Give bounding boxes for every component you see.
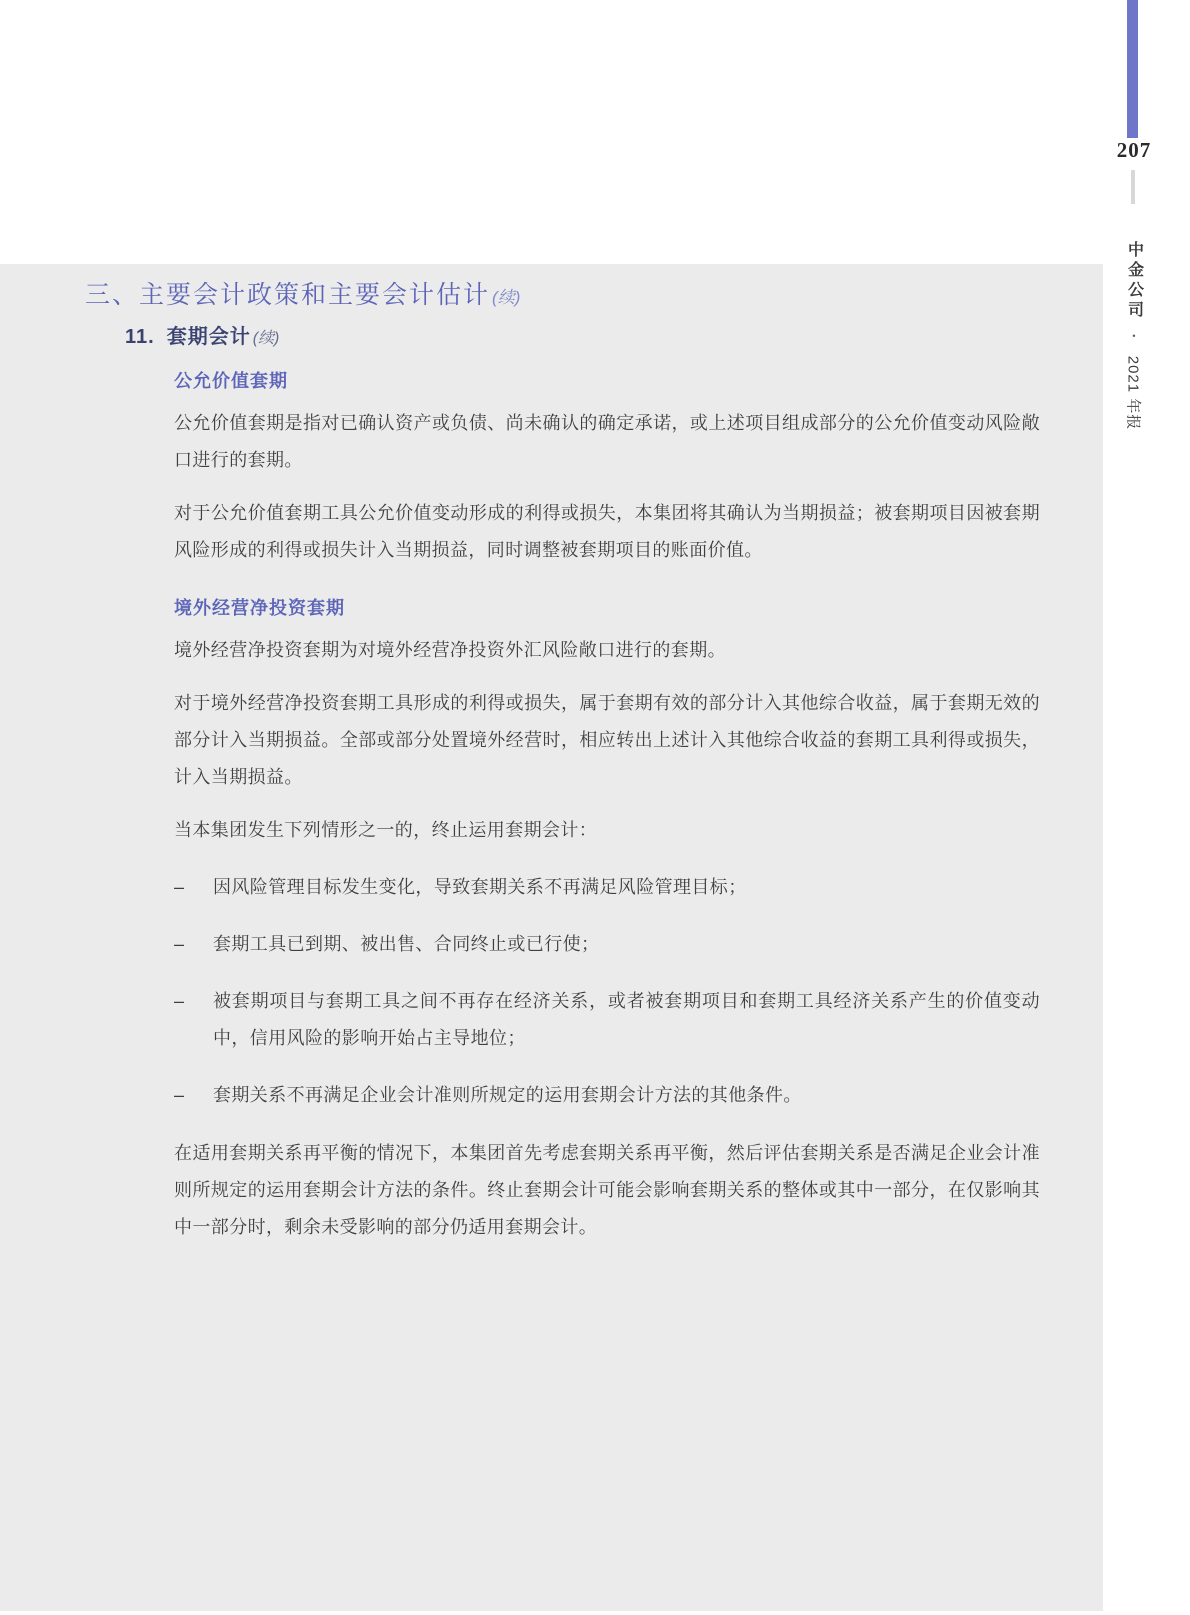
bullet-dash: –: [174, 1077, 213, 1114]
bullet-text: 因风险管理目标发生变化，导致套期关系不再满足风险管理目标；: [213, 869, 1040, 906]
bullet-item-other-conditions: – 套期关系不再满足企业会计准则所规定的运用套期会计方法的其他条件。: [174, 1077, 1040, 1114]
subsection-heading: 11.套期会计(续): [125, 322, 1103, 354]
bullet-item-risk-objective: – 因风险管理目标发生变化，导致套期关系不再满足风险管理目标；: [174, 869, 1040, 906]
bullet-item-economic-relationship: – 被套期项目与套期工具之间不再存在经济关系，或者被套期项目和套期工具经济关系产…: [174, 983, 1040, 1057]
section-heading-number: 三、: [85, 281, 139, 309]
label-net-investment-hedge: 境外经营净投资套期: [174, 595, 1040, 621]
bullet-text: 套期工具已到期、被出售、合同终止或已行使；: [213, 926, 1040, 963]
label-fair-value-hedge: 公允价值套期: [174, 368, 1040, 394]
company-name-vertical: 中金公司: [1123, 241, 1146, 321]
paragraph-net-investment-treatment: 对于境外经营净投资套期工具形成的利得或损失，属于套期有效的部分计入其他综合收益，…: [174, 685, 1040, 796]
bullet-item-instrument-expired: – 套期工具已到期、被出售、合同终止或已行使；: [174, 926, 1040, 963]
paragraph-fair-value-definition: 公允价值套期是指对已确认资产或负债、尚未确认的确定承诺，或上述项目组成部分的公允…: [174, 405, 1040, 479]
body-content: 公允价值套期 公允价值套期是指对已确认资产或负债、尚未确认的确定承诺，或上述项目…: [174, 368, 1040, 1246]
content-panel: 三、主要会计政策和主要会计估计(续) 11.套期会计(续) 公允价值套期 公允价…: [0, 264, 1103, 1611]
page-number: 207: [1104, 138, 1164, 163]
report-year-vertical: 2021 年报: [1124, 349, 1144, 437]
paragraph-termination-intro: 当本集团发生下列情形之一的，终止运用套期会计：: [174, 812, 1040, 849]
vertical-page-caption: 中金公司 • 2021 年报: [1121, 241, 1147, 437]
paragraph-net-investment-definition: 境外经营净投资套期为对境外经营净投资外汇风险敞口进行的套期。: [174, 632, 1040, 669]
caption-separator-dot: •: [1132, 331, 1135, 341]
section-heading-continued: (续): [492, 288, 520, 307]
subsection-title: 套期会计: [167, 326, 251, 348]
paragraph-rebalancing: 在适用套期关系再平衡的情况下，本集团首先考虑套期关系再平衡，然后评估套期关系是否…: [174, 1135, 1040, 1246]
bullet-text: 套期关系不再满足企业会计准则所规定的运用套期会计方法的其他条件。: [213, 1077, 1040, 1114]
page-accent-bar: [1127, 0, 1138, 138]
section-heading: 三、主要会计政策和主要会计估计(续): [85, 279, 1103, 314]
subsection-number: 11.: [125, 326, 155, 348]
report-page: { "page": { "number": "207", "sidebar": …: [0, 0, 1190, 1615]
bullet-text: 被套期项目与套期工具之间不再存在经济关系，或者被套期项目和套期工具经济关系产生的…: [213, 983, 1040, 1057]
section-heading-title: 主要会计政策和主要会计估计: [139, 281, 490, 309]
bullet-dash: –: [174, 869, 213, 906]
bullet-dash: –: [174, 926, 213, 963]
paragraph-fair-value-treatment: 对于公允价值套期工具公允价值变动形成的利得或损失，本集团将其确认为当期损益；被套…: [174, 495, 1040, 569]
bullet-dash: –: [174, 983, 213, 1057]
subsection-continued: (续): [253, 330, 280, 347]
page-number-divider: [1131, 170, 1135, 204]
